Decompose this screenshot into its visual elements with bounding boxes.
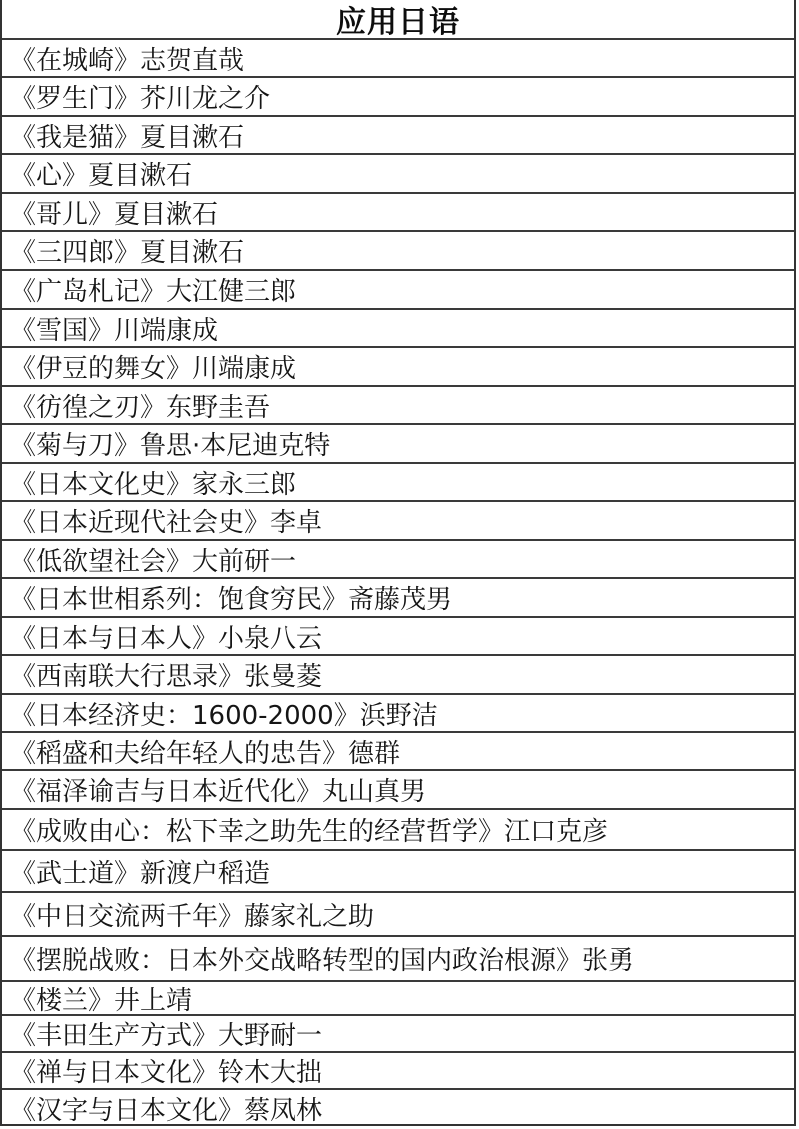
- table-row: 《武士道》新渡户稻造: [2, 851, 794, 893]
- book-author: 张勇: [582, 940, 634, 977]
- book-author: 夏目漱石: [140, 117, 244, 154]
- book-author: 藤家礼之助: [244, 896, 374, 933]
- table-row: 《日本近现代社会史》李卓: [2, 502, 794, 541]
- table-row: 《汉字与日本文化》蔡凤林: [2, 1090, 794, 1126]
- book-title: 《心》: [10, 155, 88, 192]
- table-row: 《彷徨之刃》东野圭吾: [2, 387, 794, 425]
- book-title: 《广岛札记》: [10, 271, 166, 308]
- table-header: 应用日语: [2, 0, 794, 40]
- book-author: 川端康成: [114, 310, 218, 347]
- table-row: 《福泽谕吉与日本近代化》丸山真男: [2, 771, 794, 810]
- book-title: 《稻盛和夫给年轻人的忠告》: [10, 733, 348, 770]
- table-row: 《稻盛和夫给年轻人的忠告》德群: [2, 733, 794, 771]
- book-title: 《罗生门》: [10, 78, 140, 115]
- book-author: 新渡户稻造: [140, 853, 270, 890]
- table-row: 《我是猫》夏目漱石: [2, 117, 794, 155]
- table-row: 《低欲望社会》大前研一: [2, 541, 794, 579]
- book-author: 夏目漱石: [140, 232, 244, 269]
- book-title: 《在城崎》: [10, 40, 140, 77]
- book-author: 蔡凤林: [244, 1090, 322, 1126]
- book-author: 张曼菱: [244, 656, 322, 693]
- table-row: 《日本经济史：1600-2000》浜野洁: [2, 695, 794, 733]
- table-row: 《成败由心：松下幸之助先生的经营哲学》江口克彦: [2, 810, 794, 851]
- book-title: 《丰田生产方式》: [10, 1016, 218, 1052]
- table-row: 《三四郎》夏目漱石: [2, 232, 794, 271]
- book-author: 夏目漱石: [114, 194, 218, 231]
- table-row: 《在城崎》志贺直哉: [2, 40, 794, 78]
- book-author: 大野耐一: [218, 1016, 322, 1052]
- book-author: 芥川龙之介: [140, 78, 270, 115]
- book-author: 家永三郎: [192, 464, 296, 501]
- table-row: 《伊豆的舞女》川端康成: [2, 348, 794, 387]
- book-author: 川端康成: [192, 348, 296, 385]
- book-author: 井上靖: [114, 982, 192, 1016]
- table-row: 《禅与日本文化》铃木大拙: [2, 1053, 794, 1090]
- book-title: 《伊豆的舞女》: [10, 348, 192, 385]
- book-title: 《汉字与日本文化》: [10, 1090, 244, 1126]
- book-title: 《武士道》: [10, 853, 140, 890]
- book-author: 斋藤茂男: [348, 579, 452, 616]
- book-title: 《日本近现代社会史》: [10, 502, 270, 539]
- book-title: 《楼兰》: [10, 982, 114, 1016]
- book-title: 《日本文化史》: [10, 464, 192, 501]
- table-row: 《丰田生产方式》大野耐一: [2, 1016, 794, 1053]
- table-row: 《西南联大行思录》张曼菱: [2, 656, 794, 695]
- book-title: 《菊与刀》: [10, 425, 140, 462]
- book-title: 《福泽谕吉与日本近代化》: [10, 771, 322, 808]
- book-title: 《低欲望社会》: [10, 541, 192, 578]
- book-title: 《哥儿》: [10, 194, 114, 231]
- book-author: 德群: [348, 733, 400, 770]
- book-author: 夏目漱石: [88, 155, 192, 192]
- table-row: 《哥儿》夏目漱石: [2, 194, 794, 232]
- book-author: 李卓: [270, 502, 322, 539]
- book-author: 志贺直哉: [140, 40, 244, 77]
- book-title: 《日本经济史：1600-2000》: [10, 695, 360, 732]
- book-title: 《三四郎》: [10, 232, 140, 269]
- book-title: 《摆脱战败：日本外交战略转型的国内政治根源》: [10, 940, 582, 977]
- table-row: 《摆脱战败：日本外交战略转型的国内政治根源》张勇: [2, 937, 794, 982]
- book-author: 江口克彦: [504, 811, 608, 848]
- book-list-table: 应用日语 《在城崎》志贺直哉 《罗生门》芥川龙之介 《我是猫》夏目漱石 《心》夏…: [0, 0, 796, 1126]
- book-title: 《彷徨之刃》: [10, 387, 166, 424]
- book-author: 铃木大拙: [218, 1053, 322, 1089]
- table-row: 《广岛札记》大江健三郎: [2, 271, 794, 310]
- table-row: 《日本与日本人》小泉八云: [2, 618, 794, 656]
- book-title: 《西南联大行思录》: [10, 656, 244, 693]
- table-row: 《菊与刀》鲁思·本尼迪克特: [2, 425, 794, 464]
- table-row: 《楼兰》井上靖: [2, 982, 794, 1016]
- book-title: 《雪国》: [10, 310, 114, 347]
- book-author: 大前研一: [192, 541, 296, 578]
- book-title: 《禅与日本文化》: [10, 1053, 218, 1089]
- table-row: 《雪国》川端康成: [2, 310, 794, 348]
- table-row: 《罗生门》芥川龙之介: [2, 78, 794, 117]
- table-row: 《日本世相系列：饱食穷民》斋藤茂男: [2, 579, 794, 618]
- book-author: 浜野洁: [360, 695, 438, 732]
- book-author: 大江健三郎: [166, 271, 296, 308]
- book-title: 《成败由心：松下幸之助先生的经营哲学》: [10, 811, 504, 848]
- table-row: 《心》夏目漱石: [2, 155, 794, 194]
- book-author: 丸山真男: [322, 771, 426, 808]
- book-author: 小泉八云: [218, 618, 322, 655]
- book-title: 《日本世相系列：饱食穷民》: [10, 579, 348, 616]
- book-author: 鲁思·本尼迪克特: [140, 425, 330, 462]
- book-title: 《中日交流两千年》: [10, 896, 244, 933]
- table-row: 《中日交流两千年》藤家礼之助: [2, 893, 794, 937]
- book-title: 《日本与日本人》: [10, 618, 218, 655]
- book-author: 东野圭吾: [166, 387, 270, 424]
- table-row: 《日本文化史》家永三郎: [2, 464, 794, 502]
- book-title: 《我是猫》: [10, 117, 140, 154]
